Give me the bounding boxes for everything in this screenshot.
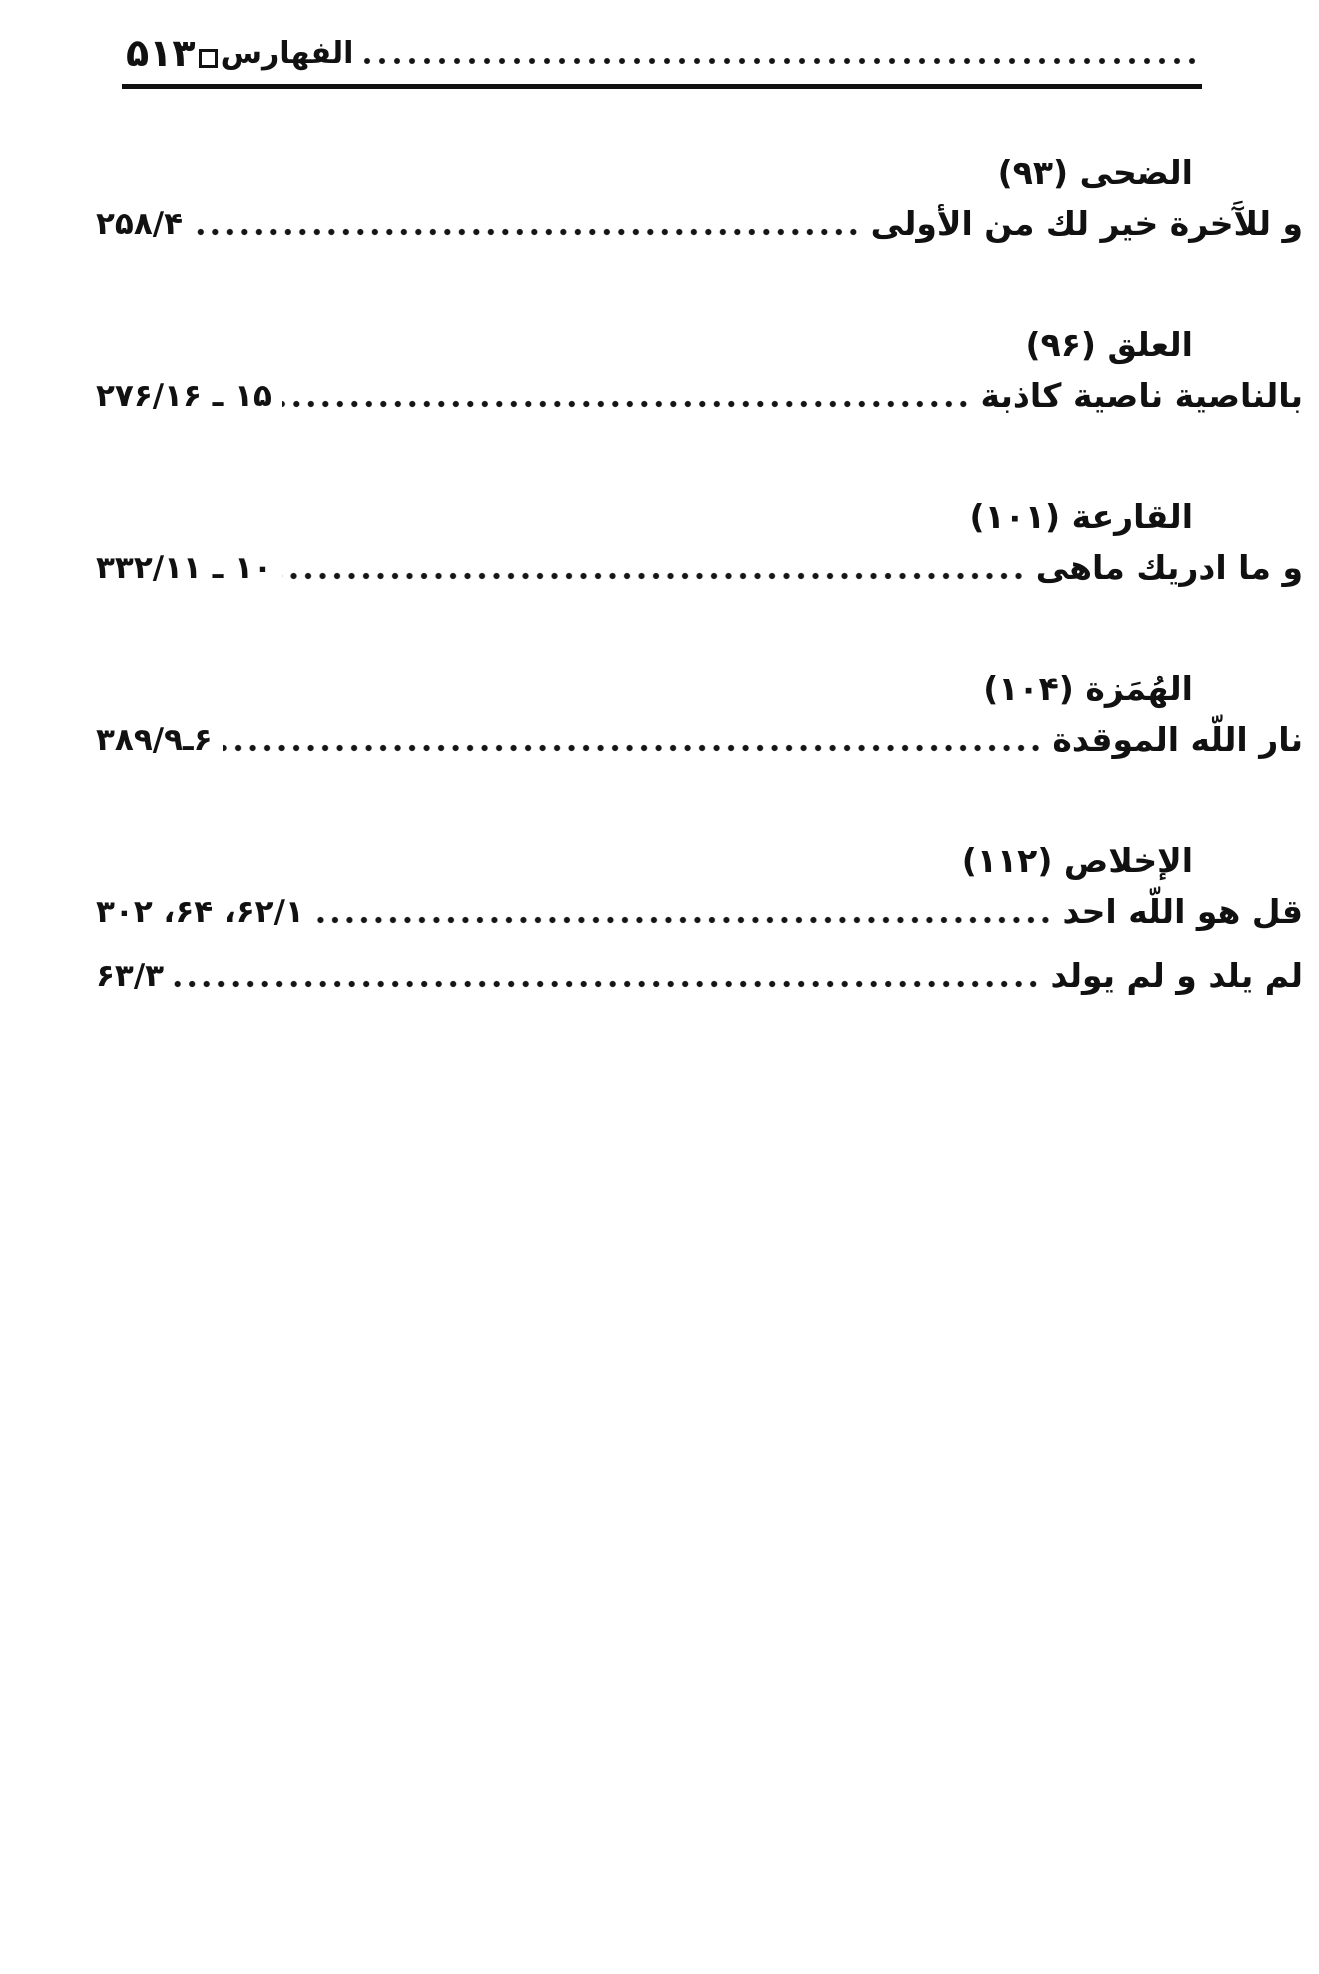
- square-marker-icon: [199, 49, 218, 68]
- page-reference: ۲۵۸/۴: [96, 200, 183, 248]
- page-reference: ۱۰ ـ ۳۳۲/۱۱: [96, 544, 272, 592]
- surah-section: العلق (۹۶) بالناصية ناصية كاذبة ۱۵ ـ ۲۷۶…: [0, 320, 1319, 420]
- dot-leader: [314, 886, 1053, 936]
- dot-leader: [174, 950, 1040, 1000]
- surah-section: الإخلاص (۱۱۲) قل هو اللّه احد ۶۲/۱، ۶۴، …: [0, 836, 1319, 1000]
- index-entry: بالناصية ناصية كاذبة ۱۵ ـ ۲۷۶/۱۶: [0, 370, 1319, 420]
- page-reference: ۶ـ۳۸۹/۹: [96, 716, 213, 764]
- surah-heading: الإخلاص (۱۱۲): [0, 836, 1319, 886]
- header-divider: [122, 84, 1202, 89]
- surah-section: الضحى (۹۳) و للآَخرة خير لك من الأولى ۲۵…: [0, 148, 1319, 248]
- header-title: الفهارس: [221, 32, 354, 76]
- surah-heading: الضحى (۹۳): [0, 148, 1319, 198]
- index-content: الضحى (۹۳) و للآَخرة خير لك من الأولى ۲۵…: [0, 148, 1319, 1072]
- surah-heading: القارعة (۱۰۱): [0, 492, 1319, 542]
- surah-heading: العلق (۹۶): [0, 320, 1319, 370]
- verse-text: قل هو اللّه احد: [1063, 888, 1303, 936]
- surah-heading: الهُمَزة (۱۰۴): [0, 664, 1319, 714]
- index-entry: و ما ادريك ماهى ۱۰ ـ ۳۳۲/۱۱: [0, 542, 1319, 592]
- dot-leader: [193, 198, 861, 248]
- page-reference: ۱۵ ـ ۲۷۶/۱۶: [96, 372, 272, 420]
- page-number: ۵۱۳: [126, 30, 196, 76]
- index-entry: لم يلد و لم يولد ۶۳/۳: [0, 950, 1319, 1000]
- verse-text: بالناصية ناصية كاذبة: [981, 372, 1303, 420]
- verse-text: لم يلد و لم يولد: [1051, 952, 1303, 1000]
- book-page: الفهارس ۵۱۳ الضحى (۹۳) و للآَخرة خير لك …: [0, 0, 1319, 1974]
- index-entry: نار اللّه الموقدة ۶ـ۳۸۹/۹: [0, 714, 1319, 764]
- page-header: الفهارس ۵۱۳: [126, 24, 1200, 76]
- header-dot-leader: [361, 24, 1200, 76]
- surah-section: القارعة (۱۰۱) و ما ادريك ماهى ۱۰ ـ ۳۳۲/۱…: [0, 492, 1319, 592]
- verse-text: و ما ادريك ماهى: [1036, 544, 1303, 592]
- page-reference: ۶۲/۱، ۶۴، ۳۰۲: [96, 888, 304, 936]
- dot-leader: [282, 370, 971, 420]
- verse-text: و للآَخرة خير لك من الأولى: [871, 200, 1303, 248]
- verse-text: نار اللّه الموقدة: [1052, 716, 1303, 764]
- page-reference: ۶۳/۳: [96, 952, 164, 1000]
- surah-section: الهُمَزة (۱۰۴) نار اللّه الموقدة ۶ـ۳۸۹/۹: [0, 664, 1319, 764]
- dot-leader: [223, 714, 1043, 764]
- index-entry: و للآَخرة خير لك من الأولى ۲۵۸/۴: [0, 198, 1319, 248]
- index-entry: قل هو اللّه احد ۶۲/۱، ۶۴، ۳۰۲: [0, 886, 1319, 936]
- dot-leader: [282, 542, 1026, 592]
